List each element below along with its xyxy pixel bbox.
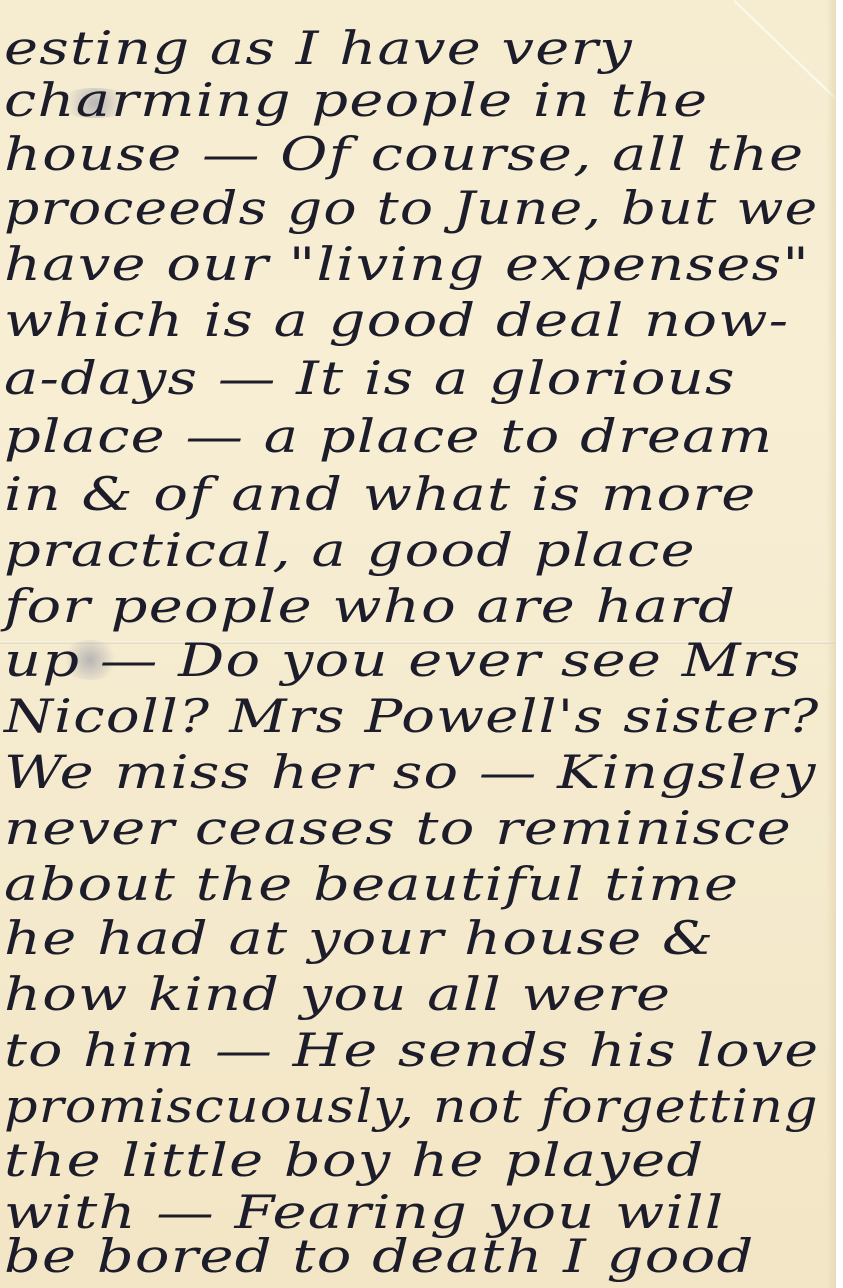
handwritten-text-body: esting as I have very charming people in… <box>0 0 836 1288</box>
text-line: to him — He sends his love <box>4 1022 819 1078</box>
text-line: have our "living expenses" <box>4 236 810 292</box>
text-line: up — Do you ever see Mrs <box>4 632 801 688</box>
text-line: be bored to death I good <box>4 1228 755 1284</box>
text-line: practical, a good place <box>4 522 696 578</box>
text-line: place — a place to dream <box>4 408 773 464</box>
text-line: never ceases to reminisce <box>4 800 792 856</box>
text-line: charming people in the <box>4 72 708 128</box>
text-line: he had at your house & <box>4 910 714 966</box>
text-line: promiscuously, not forgetting <box>4 1078 819 1134</box>
text-line: proceeds go to June, but we <box>4 180 818 236</box>
text-line: esting as I have very <box>4 20 633 76</box>
text-line: the little boy he played <box>4 1132 704 1188</box>
text-line: house — Of course, all the <box>4 126 804 182</box>
text-line: about the beautiful time <box>4 856 739 912</box>
text-line: a-days — It is a glorious <box>4 350 736 406</box>
text-line: We miss her so — Kingsley <box>4 744 817 800</box>
letter-page: esting as I have very charming people in… <box>0 0 836 1288</box>
text-line: how kind you all were <box>4 966 671 1022</box>
text-line: in & of and what is more <box>4 466 757 522</box>
text-line: for people who are hard <box>4 578 736 634</box>
text-line: Nicoll? Mrs Powell's sister? <box>4 688 819 744</box>
text-line: which is a good deal now- <box>4 292 789 348</box>
